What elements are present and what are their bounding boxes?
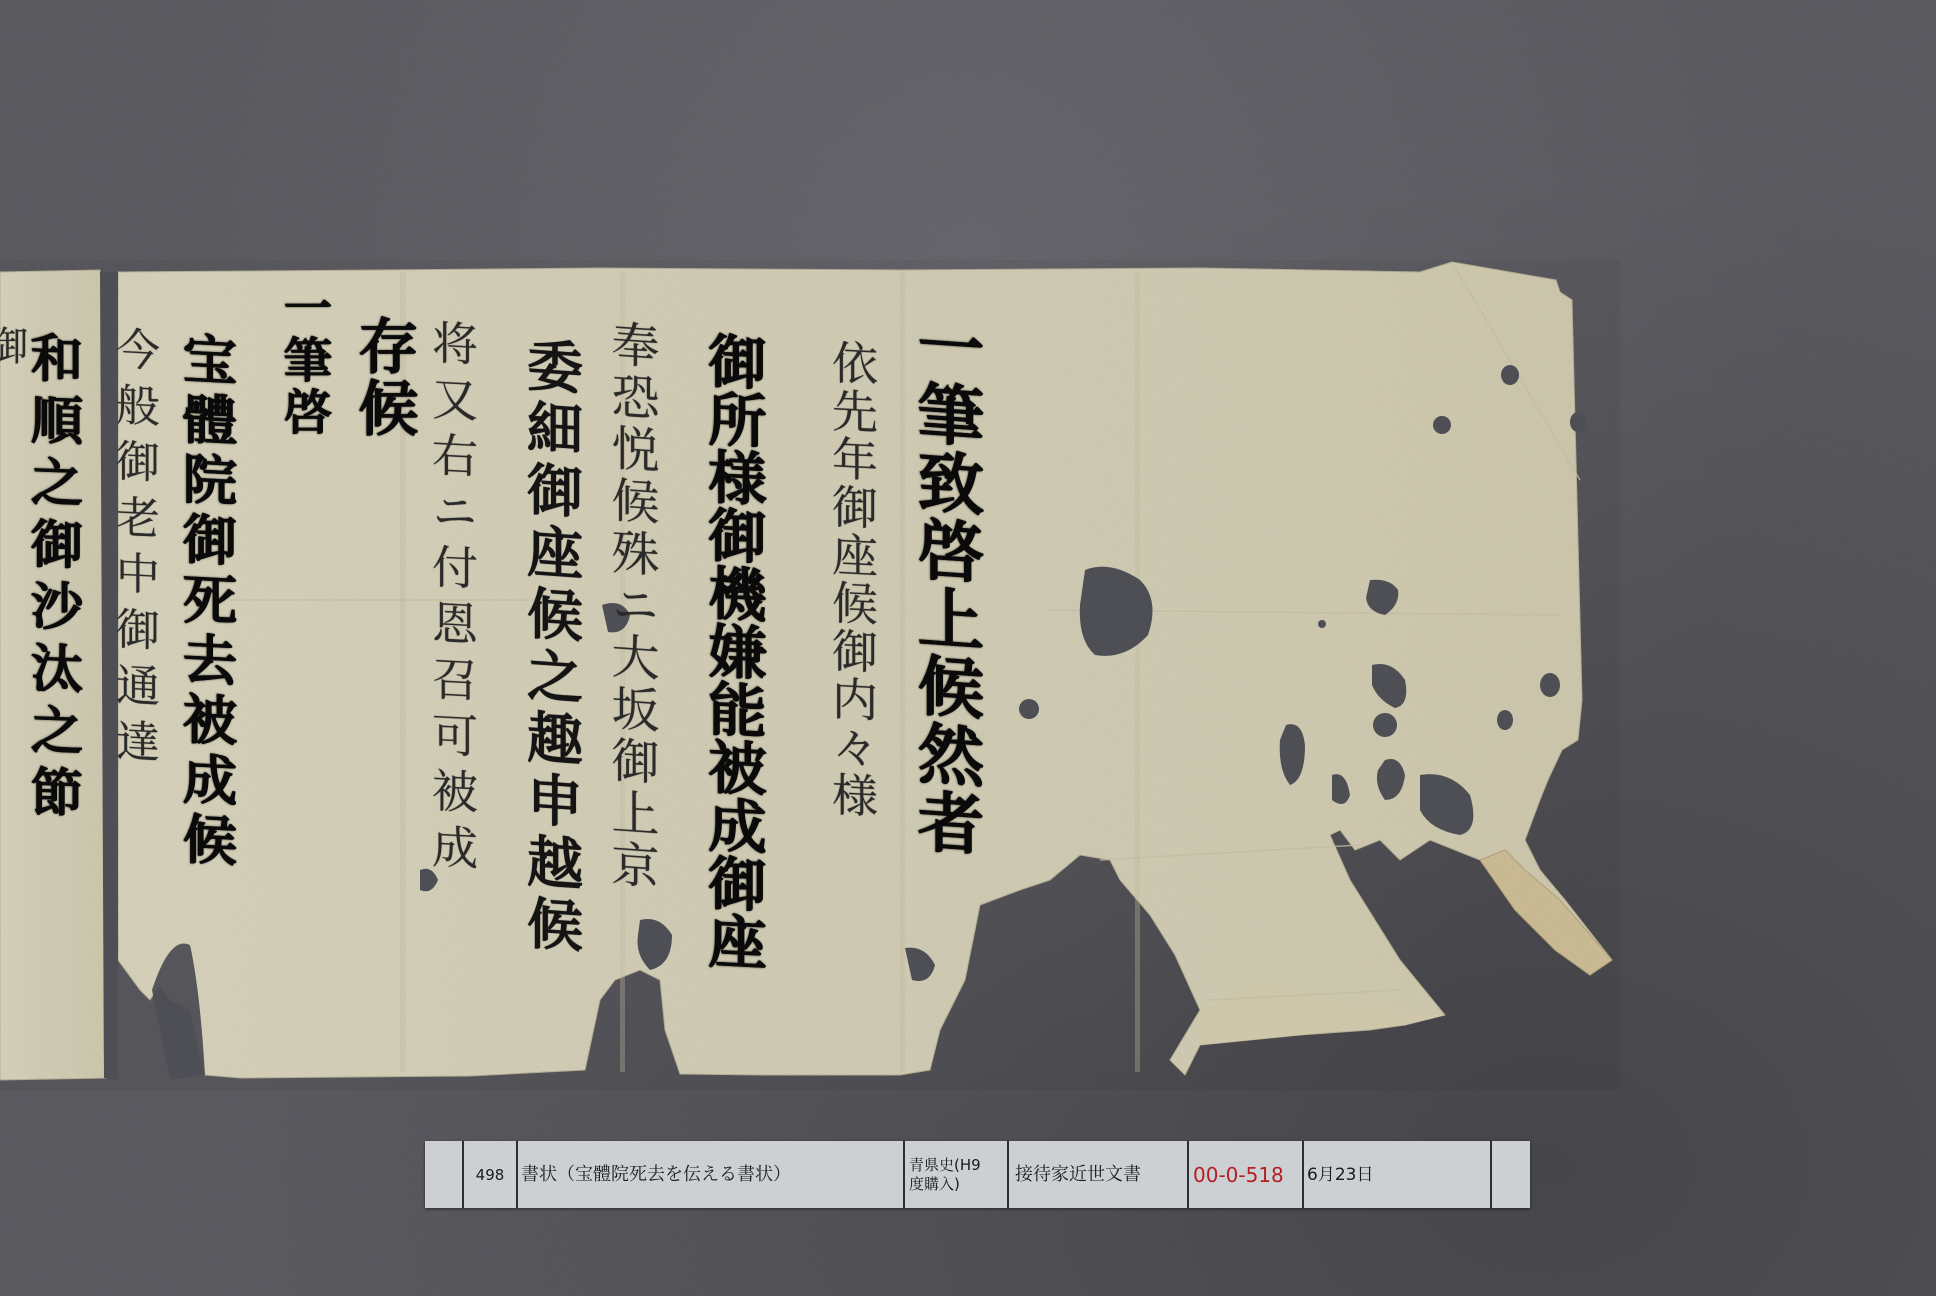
- text-column-7: 存候: [350, 315, 416, 439]
- label-cell-date: 6月23日: [1302, 1141, 1490, 1208]
- text-column-2: 依先年御座候御内々様: [826, 338, 878, 821]
- text-column-10: 今般御老中御通達: [108, 325, 158, 776]
- text-column-4: 奉恐悦候殊ニ大坂御上京: [604, 318, 658, 894]
- catalog-label-strip: 498 書状（宝體院死去を伝える書状） 青県史(H9 度購入) 接待家近世文書 …: [425, 1141, 1530, 1208]
- catalog-id: 00-0-518: [1189, 1165, 1284, 1185]
- label-cell-source: 青県史(H9 度購入): [903, 1141, 1007, 1208]
- text-column-12: 御: [0, 325, 28, 369]
- label-cell-number: 498: [462, 1141, 516, 1208]
- label-cell-title: 書状（宝體院死去を伝える書状）: [516, 1141, 903, 1208]
- photo-stage: 一筆致啓上候然者 依先年御座候御内々様 御所様御機嫌能被成御座 奉恐悦候殊ニ大坂…: [0, 0, 1936, 1296]
- item-source-line-1: 青県史(H9: [909, 1156, 981, 1175]
- item-collection: 接待家近世文書: [1009, 1165, 1141, 1185]
- label-cell-blank-tail: [1490, 1141, 1530, 1208]
- text-column-9: 宝體院御死去被成候: [176, 330, 236, 873]
- item-title: 書状（宝體院死去を伝える書状）: [518, 1165, 791, 1185]
- label-cell-catalog-id: 00-0-518: [1187, 1141, 1302, 1208]
- item-number: 498: [476, 1165, 505, 1185]
- text-column-3: 御所様御機嫌能被成御座: [700, 330, 764, 971]
- text-column-11: 和順之御沙汰之節: [22, 330, 80, 828]
- label-cell-collection: 接待家近世文書: [1007, 1141, 1187, 1208]
- text-column-6: 将又右ニ付恩召可被成: [426, 318, 478, 881]
- text-column-5: 委細御座候之趣申越候: [520, 335, 582, 959]
- label-cell-blank-lead: [425, 1141, 462, 1208]
- text-column-1: 一筆致啓上候然者: [910, 310, 980, 859]
- text-column-8: 一筆啓: [276, 283, 330, 439]
- item-source-line-2: 度購入): [909, 1175, 981, 1194]
- item-date: 6月23日: [1304, 1165, 1373, 1185]
